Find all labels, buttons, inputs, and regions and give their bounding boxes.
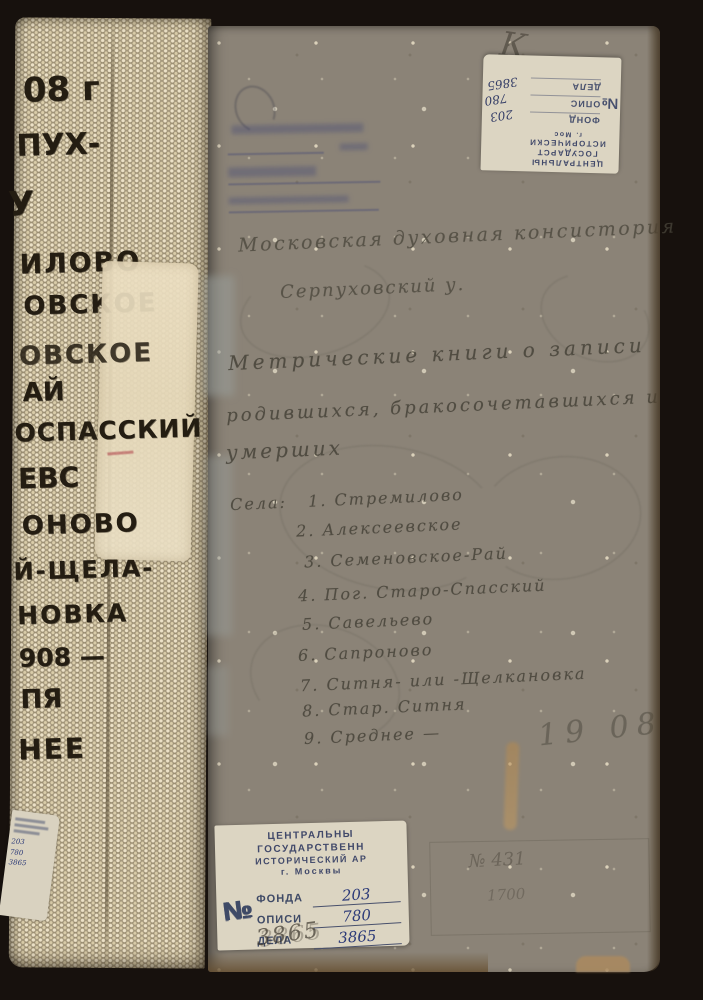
worn-grey-patch [206,456,232,636]
faded-stamp-rule [229,209,379,214]
cover-right-edge [647,26,660,972]
pencil-corner-note: № 431 [468,848,526,872]
spine-label: ЕВС [18,461,80,496]
spine-label: 08 г [22,69,100,111]
list-label: Села: [230,493,288,514]
book-spine: 08 г ПУХ- У ИЛОВО ОВСКОЕ ОВСКОЕ АЙ ОСПАС… [9,17,212,968]
faded-stamp-text [229,195,349,204]
opis-field-label: ОПИС [530,95,600,110]
delo-field-label: ДЕЛА [531,78,601,93]
pencil-scribble [470,445,650,591]
faded-stamp-text [231,123,363,134]
delo-number: 3865 [313,927,402,949]
worn-grey-patch [204,276,234,396]
spine-label: НЕЕ [18,732,87,767]
opis-number: 780 [483,91,508,108]
handwriting-title-line: родившихся, бракосочетавшихся и [226,387,662,427]
faded-stamp-text [228,166,316,178]
faded-stamp-text [340,143,368,150]
number-sign: № [221,893,254,928]
book-cover-photo: 08 г ПУХ- У ИЛОВО ОВСКОЕ ОВСКОЕ АЙ ОСПАС… [0,0,703,1000]
handwriting-title-line: умерших [226,435,344,464]
delo-number: 3865 [486,75,518,93]
orange-stain [503,742,519,830]
worn-grey-patch [208,666,228,736]
fond-number: 203 [489,107,514,124]
archive-org-line: ЦЕНТРАЛЬНЫ [519,156,615,169]
fond-field-label: ФОНДА [256,892,312,904]
spine-label: ОВСКОЕ [19,338,154,372]
fond-field-label: ФОНД [530,111,600,126]
red-pencil-mark [107,451,133,456]
number-sign: № [601,94,618,111]
spine-label: ПУХ- [16,126,101,163]
small-archive-label: 203 780 3865 [0,810,60,921]
pencil-corner-note: 1700 [487,885,526,905]
archive-label-top: ЦЕНТРАЛЬНЫ ГОСУДАРСТ ИСТОРИЧЕСКИ г. Мос … [481,54,622,174]
village-list-line: 4. Пог. Старо-Спасский [298,576,547,606]
faded-stamp-rule [228,152,324,156]
faded-stamp [227,89,394,238]
spine-label: ОНОВО [21,508,140,541]
village-list-line: 5. Савельево [302,609,435,634]
stamp-text-smudge [14,829,40,835]
cover-corner-wear [576,956,630,972]
spine-label: АЙ [22,377,65,408]
spine-label: НОВКА [17,598,129,630]
pencil-corner-box: № 431 1700 [429,838,651,936]
spine-label: У [7,184,34,225]
cover-bottom-torn-edge [208,952,488,972]
front-cover: К ЦЕНТРАЛЬНЫ ГОСУДАРСТ ИСТОРИЧЕСКИ г. Мо… [208,26,660,972]
spine-label: 908 — [18,641,105,672]
faded-stamp-rule [228,181,380,186]
spine-label: ОСПАССКИЙ [14,413,203,447]
spine-label: ПЯ [20,684,63,715]
delo-number-small: 3865 [8,857,51,870]
